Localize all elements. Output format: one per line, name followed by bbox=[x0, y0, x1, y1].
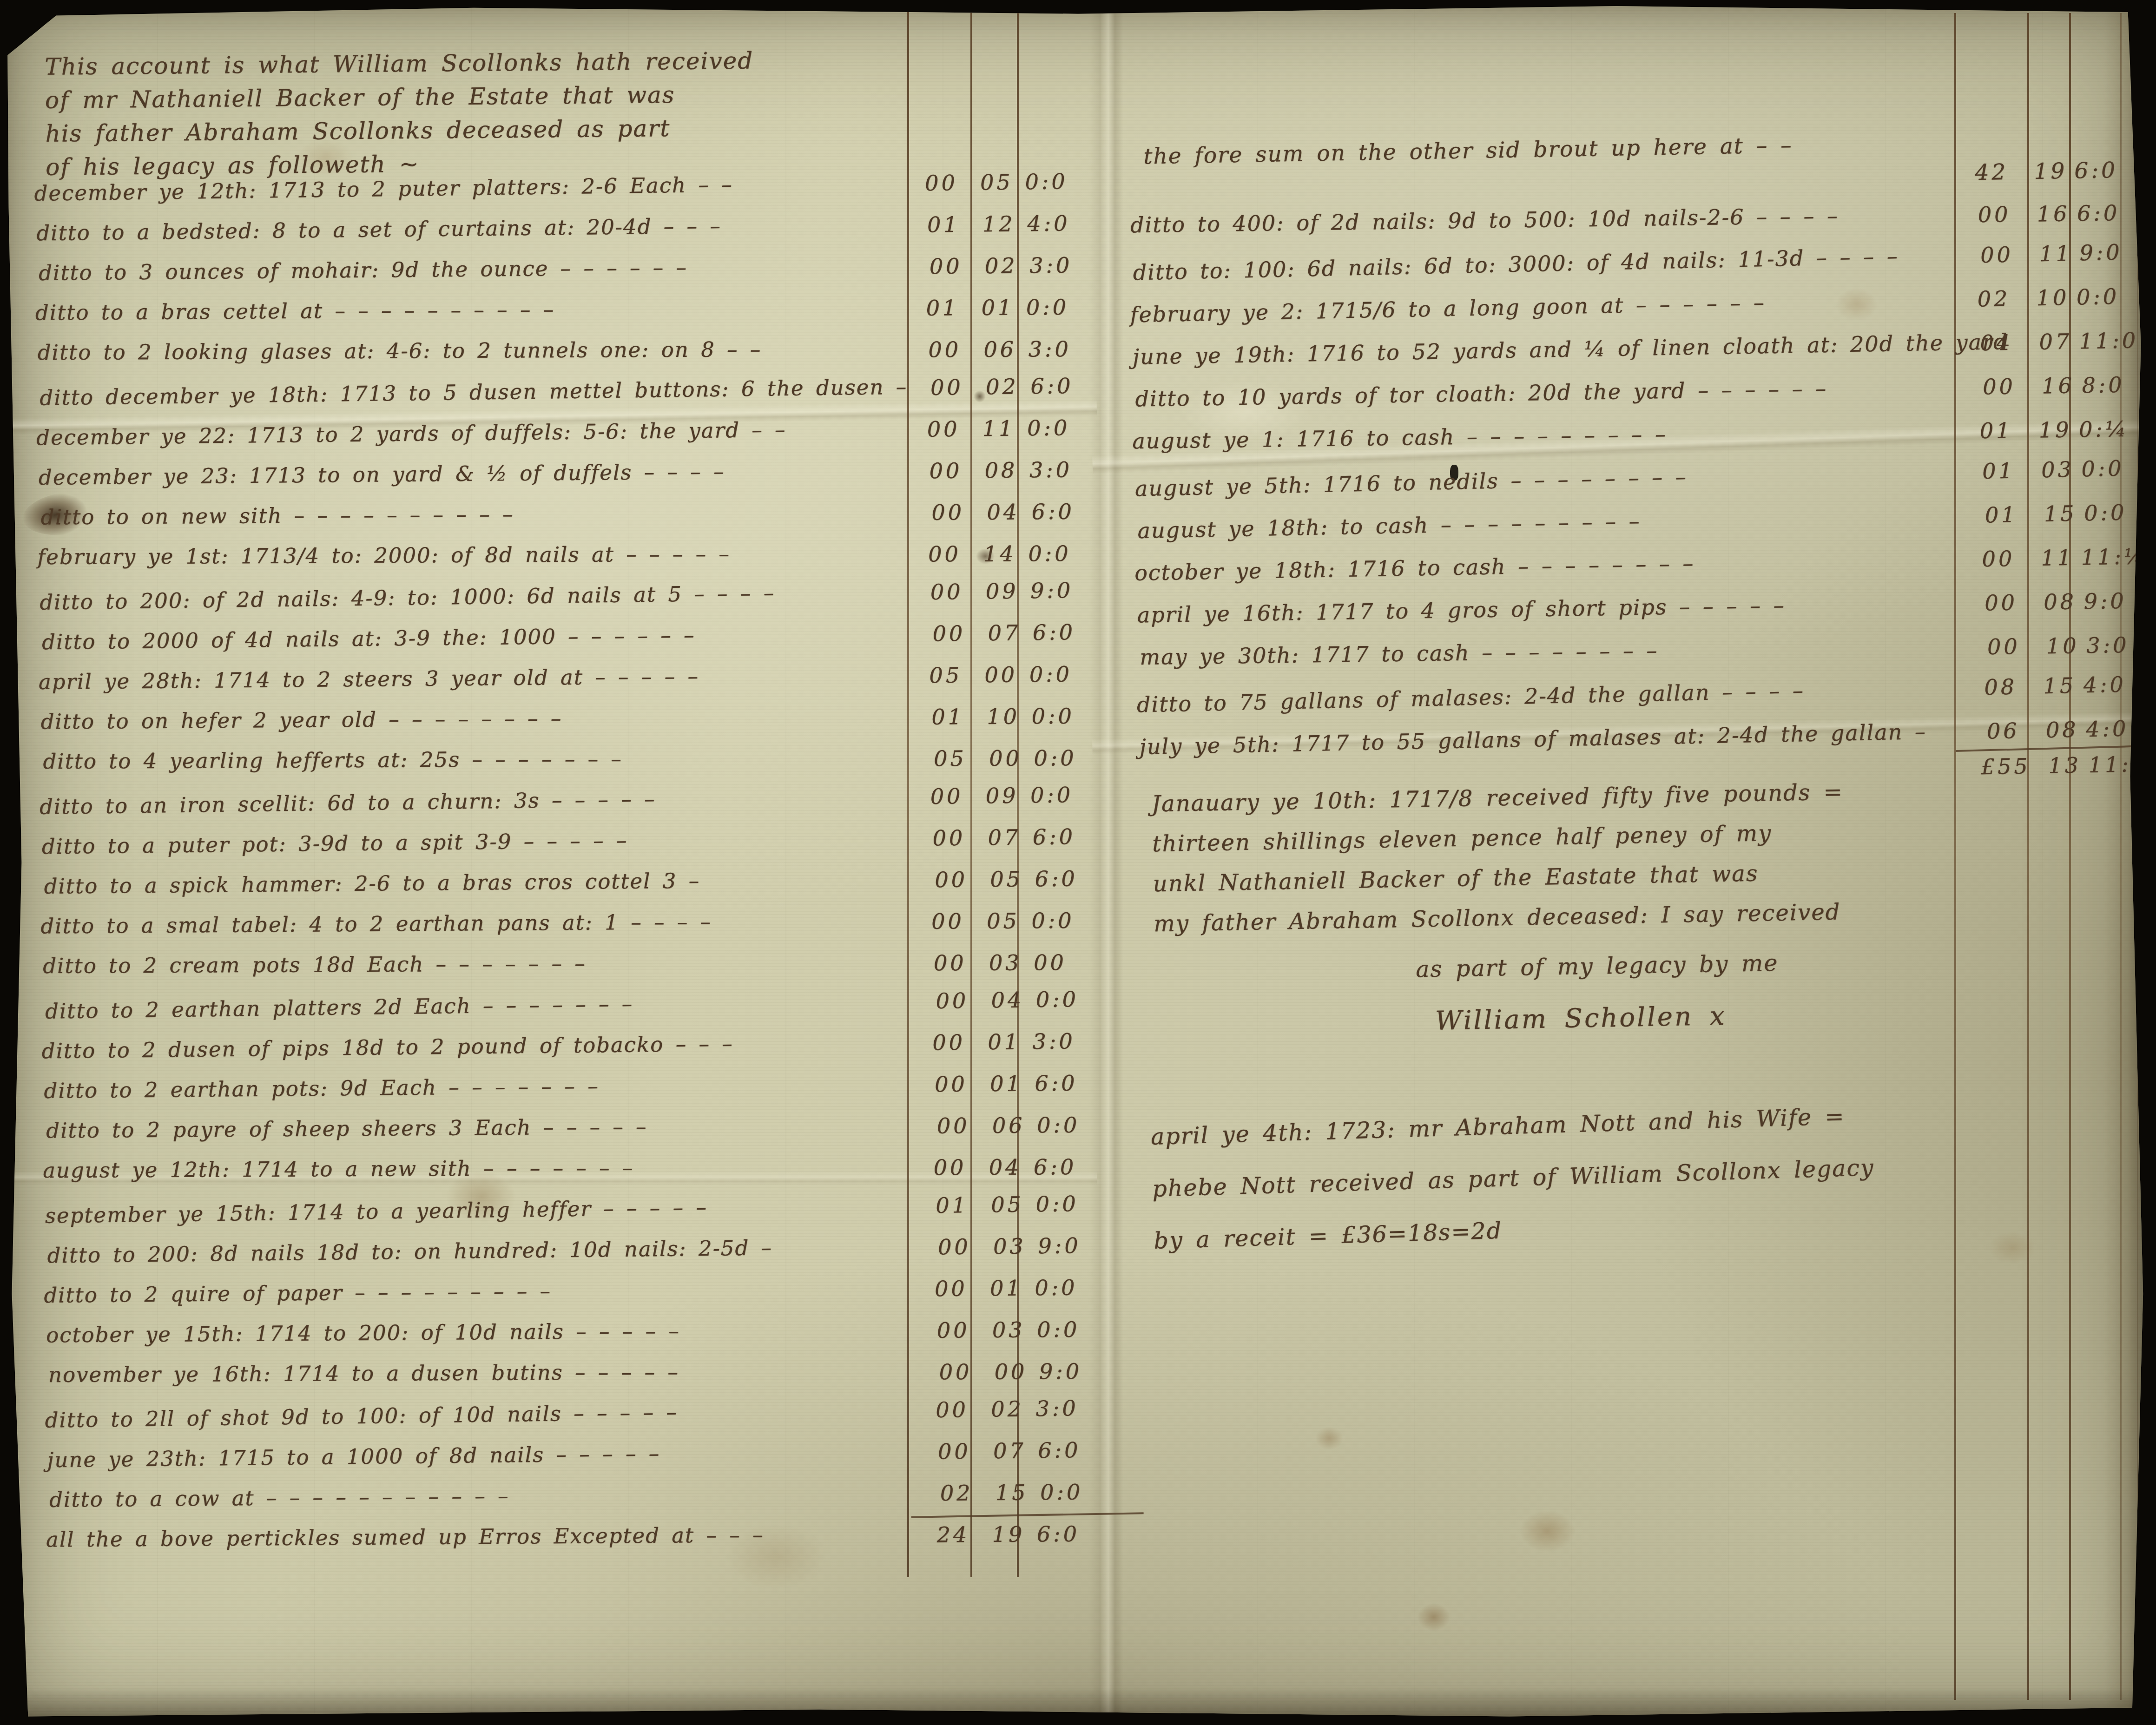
amount-pence: 0:0 bbox=[2076, 283, 2156, 310]
amount-pounds: 01 bbox=[916, 212, 971, 237]
entry-text: ditto to 2 earthan pots: 9d Each – – – –… bbox=[44, 1073, 599, 1103]
amount-pence: 3:0 bbox=[2086, 632, 2156, 658]
amount-pounds: 02 bbox=[929, 1480, 984, 1506]
amount-shillings: 10 bbox=[983, 704, 1023, 729]
amount-shillings: 04 bbox=[987, 987, 1028, 1013]
entry-text: ditto to a smal tabel: 4 to 2 earthan pa… bbox=[40, 909, 712, 939]
amount-shillings: 06 bbox=[980, 337, 1020, 362]
amount-pounds: 00 bbox=[927, 1234, 982, 1259]
amount-pence: 4:0 bbox=[1027, 210, 1134, 236]
carry-pounds: 42 bbox=[1959, 159, 2024, 185]
amount-pounds: 00 bbox=[1969, 590, 2033, 616]
amount-pence: 3:0 bbox=[1032, 1028, 1140, 1054]
amount-pounds: 00 bbox=[927, 1438, 982, 1464]
amount-pounds: 00 bbox=[926, 1317, 981, 1343]
amount-pence: 8:0 bbox=[2082, 371, 2156, 398]
amount-shillings: 11 bbox=[2037, 241, 2074, 267]
amount-pounds: 00 bbox=[919, 579, 975, 605]
entry-text: august ye 12th: 1714 to a new sith – – –… bbox=[43, 1155, 634, 1183]
carry-shillings: 19 bbox=[2032, 158, 2069, 184]
amount-pence: 9:0 bbox=[1039, 1358, 1146, 1384]
signature: William Schollen x bbox=[1435, 1001, 1726, 1036]
amount-shillings: 05 bbox=[976, 170, 1017, 195]
amount-pounds: 24 bbox=[926, 1522, 981, 1547]
amount-pounds: 00 bbox=[918, 458, 973, 483]
amount-pounds: 01 bbox=[915, 295, 970, 321]
amount-pence: 11:0 bbox=[2079, 327, 2156, 354]
amount-pounds: 04 bbox=[1964, 329, 2029, 356]
amount-pence: 0:0 bbox=[1031, 908, 1138, 934]
amount-pounds: 00 bbox=[922, 621, 977, 646]
entry-text: ditto to 2 earthan platters 2d Each – – … bbox=[45, 991, 633, 1023]
amount-shillings: 11 bbox=[979, 416, 1019, 441]
amount-pounds: 01 bbox=[1964, 418, 2029, 444]
amount-pence: 6:0 bbox=[1034, 1154, 1141, 1179]
entry-text: all the a bove pertickles sumed up Erros… bbox=[46, 1522, 764, 1552]
entry-text: ditto to on hefer 2 year old – – – – – –… bbox=[40, 706, 562, 734]
amount-pence: 0:0 bbox=[1034, 745, 1141, 770]
amount-shillings: 12 bbox=[979, 211, 1019, 237]
amount-pounds: 00 bbox=[923, 1276, 978, 1301]
entry-text: october ye 15th: 1714 to 200: of 10d nai… bbox=[46, 1318, 680, 1347]
ledger-row: ditto to a smal tabel: 4 to 2 earthan pa… bbox=[40, 907, 1114, 955]
amount-pence: 0:0 bbox=[1025, 168, 1132, 194]
ledger-row: ditto to 2 payre of sheep sheers 3 Each … bbox=[46, 1111, 1120, 1159]
amount-pounds: £55 bbox=[1973, 753, 2038, 779]
amount-pence: 3:0 bbox=[1035, 1395, 1143, 1421]
entry-text: november ye 16th: 1714 to a dusen butins… bbox=[48, 1360, 679, 1387]
amount-shillings: 09 bbox=[982, 578, 1022, 604]
amount-pounds: 01 bbox=[1969, 501, 2034, 528]
account-preamble: This account is what William Scollonks h… bbox=[45, 44, 754, 184]
amount-pence: 6:0 bbox=[1030, 372, 1138, 399]
amount-pence: 3:0 bbox=[1029, 456, 1136, 482]
amount-pence: 6:0 bbox=[1032, 823, 1140, 849]
amount-pence: 9:0 bbox=[1038, 1232, 1145, 1258]
right-ledger-rows: ditto to 400: of 2d nails: 9d to 500: 10… bbox=[1128, 197, 2156, 811]
receipt-closing: as part of my legacy by me bbox=[1416, 950, 1779, 983]
amount-pounds: 00 bbox=[921, 500, 976, 525]
bottom-edge-shadow bbox=[0, 1688, 2156, 1725]
amount-shillings: 03 bbox=[989, 1233, 1030, 1259]
entry-text: april ye 28th: 1714 to 2 steers 3 year o… bbox=[39, 664, 699, 694]
amount-shillings: 00 bbox=[991, 1359, 1031, 1384]
amount-shillings: 14 bbox=[980, 541, 1020, 566]
amount-pence: 4:0 bbox=[2083, 671, 2156, 698]
ledger-row: ditto to on new sith – – – – – – – – – –… bbox=[41, 498, 1115, 546]
amount-pounds: 01 bbox=[920, 704, 975, 730]
amount-shillings: 08 bbox=[2042, 589, 2078, 614]
amount-shillings: 00 bbox=[981, 662, 1021, 687]
amount-shillings: 03 bbox=[985, 950, 1025, 975]
amount-pence: 6:0 bbox=[1033, 619, 1140, 645]
receipt-statement: Janauary ye 10th: 1717/8 received fifty … bbox=[1151, 772, 1846, 944]
entry-text: ditto to 3 ounces of mohair: 9d the ounc… bbox=[39, 255, 687, 285]
amount-pence: 11:½ bbox=[2088, 751, 2156, 777]
carry-text: the fore sum on the other sid brout up h… bbox=[1143, 132, 1793, 169]
amount-shillings: 19 bbox=[989, 1521, 1029, 1547]
amount-pence: 0:0 bbox=[1037, 1112, 1144, 1138]
amount-pounds: 00 bbox=[917, 541, 972, 567]
amount-shillings: 13 bbox=[2046, 752, 2083, 778]
amount-shillings: 10 bbox=[2044, 633, 2081, 658]
amount-shillings: 16 bbox=[2040, 373, 2077, 398]
amount-shillings: 02 bbox=[982, 374, 1022, 399]
amount-pence: 0:0 bbox=[1026, 294, 1133, 320]
stain bbox=[1989, 1231, 2036, 1264]
amount-pounds: 01 bbox=[1966, 458, 2031, 484]
amount-pounds: 00 bbox=[1966, 546, 2031, 572]
amount-pounds: 02 bbox=[1962, 286, 2026, 312]
entry-text: september ye 15th: 1714 to a yearling he… bbox=[45, 1195, 707, 1228]
amount-pence: 6:0 bbox=[1035, 1070, 1141, 1096]
entry-text: ditto to 200: of 2d nails: 4-9: to: 1000… bbox=[40, 580, 775, 614]
entry-text: ditto to 2 quire of paper – – – – – – – … bbox=[44, 1278, 551, 1308]
preamble-line: of mr Nathaniell Backer of the Estate th… bbox=[45, 77, 754, 117]
ledger-row: ditto to on hefer 2 year old – – – – – –… bbox=[40, 702, 1114, 750]
amount-shillings: 07 bbox=[984, 620, 1025, 645]
amount-shillings: 02 bbox=[981, 253, 1021, 278]
amount-pence: 0:0 bbox=[1028, 540, 1135, 566]
amount-pence: 9:0 bbox=[2083, 587, 2156, 614]
entry-text: ditto to a bras cettel at – – – – – – – … bbox=[35, 297, 555, 325]
amount-pounds: 00 bbox=[923, 1155, 977, 1180]
amount-pence: 4:0 bbox=[2086, 715, 2156, 742]
amount-shillings: 01 bbox=[986, 1071, 1026, 1096]
amount-pence: 9:0 bbox=[1030, 577, 1138, 603]
amount-pence: 0:0 bbox=[1040, 1479, 1147, 1505]
amount-shillings: 03 bbox=[989, 1317, 1029, 1343]
amount-shillings: 05 bbox=[983, 908, 1023, 934]
amount-pounds: 00 bbox=[923, 867, 978, 892]
amount-shillings: 01 bbox=[986, 1275, 1026, 1301]
later-receipt-note: april ye 4th: 1723: mr Abraham Nott and … bbox=[1150, 1090, 1876, 1267]
amount-pence: 6:0 bbox=[2077, 200, 2156, 226]
amount-shillings: 01 bbox=[984, 1029, 1024, 1054]
amount-shillings: 06 bbox=[989, 1113, 1029, 1138]
amount-pounds: 00 bbox=[918, 253, 973, 279]
amount-shillings: 11 bbox=[2039, 545, 2076, 571]
amount-shillings: 02 bbox=[987, 1396, 1028, 1422]
amount-pounds: 00 bbox=[924, 988, 980, 1014]
carry-pence: 6:0 bbox=[2074, 157, 2156, 184]
amount-pence: 0:¼ bbox=[2079, 416, 2156, 442]
amount-shillings: 07 bbox=[2037, 329, 2074, 355]
amount-pence: 0:0 bbox=[1037, 1317, 1144, 1343]
amount-shillings: 08 bbox=[2044, 717, 2081, 743]
ledger-total-row: all the a bove pertickles sumed up Erros… bbox=[46, 1520, 1120, 1568]
amount-shillings: 04 bbox=[985, 1154, 1025, 1179]
entry-text: ditto to 2 looking glases at: 4-6: to 2 … bbox=[38, 337, 762, 365]
amount-pence: 0:0 bbox=[2081, 454, 2156, 481]
amount-shillings: 05 bbox=[987, 1192, 1028, 1217]
amount-shillings: 03 bbox=[2039, 457, 2076, 483]
photograph-of-manuscript: { "document": { "kind": "handwritten acc… bbox=[0, 0, 2156, 1725]
amount-pence: 0:0 bbox=[1029, 661, 1136, 687]
amount-pence: 6:0 bbox=[1038, 1437, 1145, 1463]
amount-pounds: 05 bbox=[923, 746, 977, 771]
amount-pounds: 00 bbox=[924, 1397, 980, 1423]
amount-pence: 0:0 bbox=[1027, 415, 1134, 441]
entry-text: february ye 1st: 1713/4 to: 2000: of 8d … bbox=[37, 541, 730, 569]
entry-text: ditto to on new sith – – – – – – – – – – bbox=[41, 502, 514, 530]
amount-pounds: 08 bbox=[1968, 674, 2033, 700]
amount-pounds: 00 bbox=[920, 909, 975, 934]
amount-pence: 00 bbox=[1034, 949, 1141, 975]
amount-shillings: 19 bbox=[2037, 417, 2074, 442]
amount-pounds: 00 bbox=[921, 1030, 976, 1055]
amount-shillings: 01 bbox=[978, 295, 1018, 321]
amount-shillings: 09 bbox=[982, 783, 1022, 808]
entry-text: ditto to 2ll of shot 9d to 100: of 10d n… bbox=[45, 1400, 678, 1433]
amount-shillings: 04 bbox=[983, 499, 1023, 525]
amount-pounds: 00 bbox=[919, 783, 975, 810]
amount-pounds: 00 bbox=[1967, 374, 2031, 400]
entry-text: ditto to an iron scellit: 6d to a churn:… bbox=[40, 787, 656, 819]
amount-pence: 0:0 bbox=[1031, 703, 1138, 729]
left-ledger-rows: december ye 12th: 1713 to 2 puter platte… bbox=[34, 170, 1120, 1569]
amount-pounds: 00 bbox=[1965, 242, 2029, 268]
amount-shillings: 07 bbox=[984, 824, 1024, 850]
amount-pounds: 00 bbox=[919, 375, 975, 401]
stain bbox=[1315, 1427, 1343, 1450]
amount-pence: 11:¼ bbox=[2081, 543, 2156, 570]
entry-text: ditto to a spick hammer: 2-6 to a bras c… bbox=[44, 869, 700, 899]
amount-pounds: 00 bbox=[917, 337, 972, 362]
ledger-row: october ye 15th: 1714 to 200: of 10d nai… bbox=[46, 1316, 1120, 1363]
amount-pence: 0:0 bbox=[1035, 986, 1143, 1012]
amount-shillings: 05 bbox=[986, 866, 1026, 892]
right-account-column: the fore sum on the other sid brout up h… bbox=[1127, 126, 2156, 811]
stain bbox=[1418, 1603, 1450, 1631]
ledger-row: ditto to a bras cettel at – – – – – – – … bbox=[35, 293, 1109, 341]
amount-pence: 0:0 bbox=[1035, 1274, 1141, 1300]
amount-pence: 6:0 bbox=[1032, 499, 1139, 525]
amount-pounds: 01 bbox=[924, 1192, 980, 1218]
preamble-line: This account is what William Scollonks h… bbox=[45, 44, 754, 83]
preamble-line: his father Abraham Scollonks deceased as… bbox=[45, 111, 754, 150]
amount-pence: 0:0 bbox=[2084, 499, 2156, 526]
amount-pence: 0:0 bbox=[1030, 781, 1138, 808]
amount-pounds: 00 bbox=[1962, 202, 2027, 228]
amount-shillings: 00 bbox=[985, 745, 1025, 770]
entry-text: ditto to 4 yearling hefferts at: 25s – –… bbox=[43, 746, 622, 774]
manuscript-sheet: This account is what William Scollonks h… bbox=[0, 0, 2156, 1725]
amount-shillings: 15 bbox=[992, 1480, 1032, 1505]
stain bbox=[1520, 1510, 1576, 1552]
amount-shillings: 07 bbox=[989, 1438, 1030, 1463]
amount-pounds: 05 bbox=[918, 662, 973, 688]
amount-pounds: 00 bbox=[923, 1071, 978, 1097]
amount-pence: 6:0 bbox=[1037, 1521, 1144, 1547]
amount-pounds: 00 bbox=[926, 1113, 981, 1139]
amount-pounds: 00 bbox=[914, 170, 969, 196]
entry-text: ditto to 2 payre of sheep sheers 3 Each … bbox=[46, 1114, 647, 1143]
amount-pence: 3:0 bbox=[1029, 252, 1136, 278]
amount-shillings: 08 bbox=[981, 457, 1021, 483]
amount-pounds: 00 bbox=[916, 416, 971, 442]
amount-shillings: 16 bbox=[2035, 201, 2072, 226]
amount-pence: 6:0 bbox=[1035, 865, 1141, 891]
amount-pounds: 00 bbox=[1971, 634, 2036, 660]
entry-text: ditto to a cow at – – – – – – – – – – – bbox=[49, 1483, 509, 1512]
amount-pounds: 06 bbox=[1971, 718, 2036, 744]
entry-text: ditto to 2 cream pots 18d Each – – – – –… bbox=[43, 951, 586, 978]
amount-pence: 9:0 bbox=[2079, 238, 2156, 265]
amount-pence: 0:0 bbox=[1035, 1190, 1143, 1217]
amount-shillings: 10 bbox=[2035, 285, 2071, 311]
amount-shillings: 15 bbox=[2042, 500, 2079, 527]
amount-pounds: 00 bbox=[923, 950, 977, 976]
amount-shillings: 15 bbox=[2041, 673, 2078, 699]
amount-pence: 3:0 bbox=[1029, 336, 1135, 362]
amount-pounds: 00 bbox=[928, 1359, 983, 1385]
amount-pounds: 00 bbox=[921, 825, 976, 851]
